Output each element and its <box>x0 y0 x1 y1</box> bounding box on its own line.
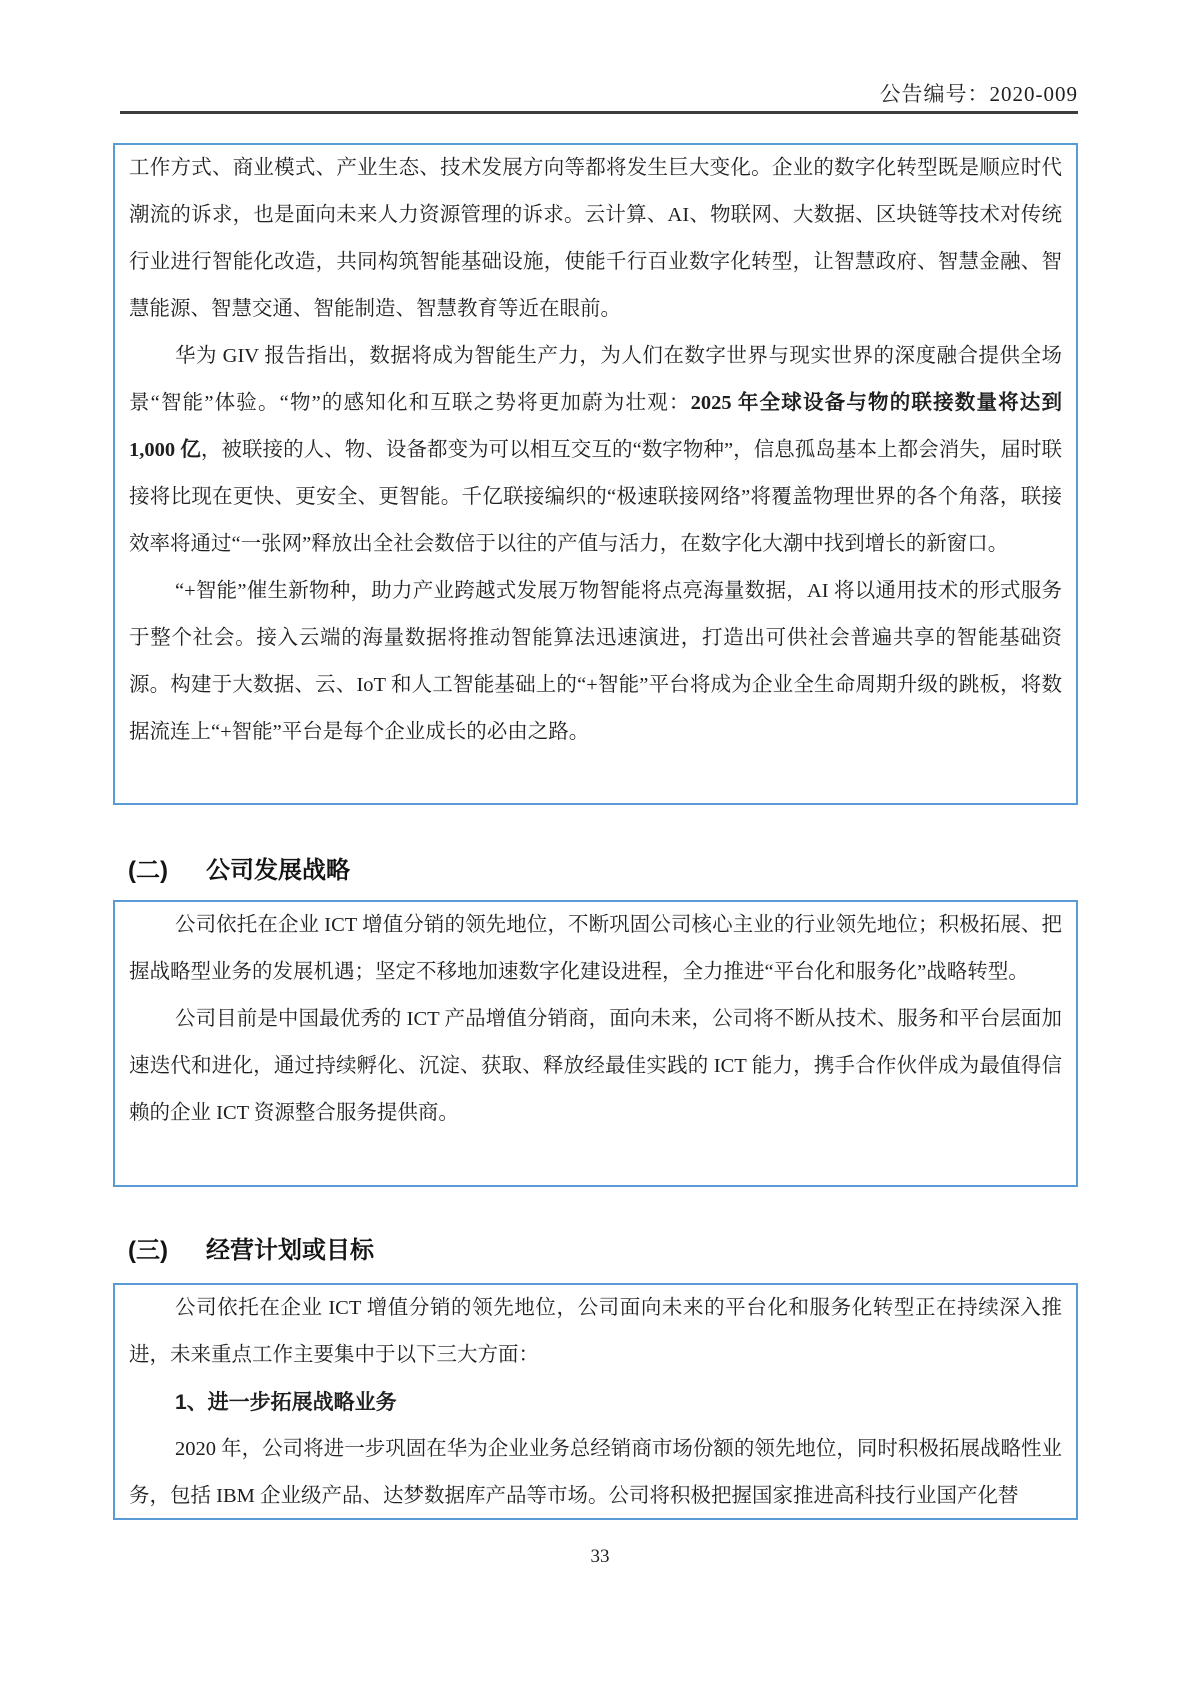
announcement-number: 公告编号：2020-009 <box>880 78 1079 108</box>
page-number: 33 <box>0 1546 1200 1568</box>
section-title: 公司发展战略 <box>206 857 350 884</box>
paragraph-2020-plan: 2020 年，公司将进一步巩固在华为企业业务总经销商市场份额的领先地位，同时积极… <box>129 1426 1062 1520</box>
subheading-expand-strategic-business: 1、进一步拓展战略业务 <box>129 1379 1062 1426</box>
paragraph-giv-report: 华为 GIV 报告指出，数据将成为智能生产力，为人们在数字世界与现实世界的深度融… <box>129 333 1062 568</box>
header-divider <box>120 111 1078 114</box>
paragraph-strategy-position: 公司依托在企业 ICT 增值分销的领先地位，不断巩固公司核心主业的行业领先地位；… <box>129 902 1062 996</box>
paragraph-plus-intelligence: “+智能”催生新物种，助力产业跨越式发展万物智能将点亮海量数据，AI 将以通用技… <box>129 568 1062 756</box>
content-box-business-plan: 公司依托在企业 ICT 增值分销的领先地位，公司面向未来的平台化和服务化转型正在… <box>113 1283 1078 1520</box>
paragraph-text: ，被联接的人、物、设备都变为可以相互交互的“数字物种”，信息孤岛基本上都会消失，… <box>129 439 1062 555</box>
section-heading-company-strategy: (二)公司发展战略 <box>128 850 350 885</box>
section-heading-business-plan: (三)经营计划或目标 <box>128 1230 374 1265</box>
content-box-company-strategy: 公司依托在企业 ICT 增值分销的领先地位，不断巩固公司核心主业的行业领先地位；… <box>113 900 1078 1187</box>
paragraph-continuation: 工作方式、商业模式、产业生态、技术发展方向等都将发生巨大变化。企业的数字化转型既… <box>129 145 1062 333</box>
section-number: (二) <box>128 857 168 884</box>
paragraph-strategy-future: 公司目前是中国最优秀的 ICT 产品增值分销商，面向未来，公司将不断从技术、服务… <box>129 996 1062 1137</box>
section-title: 经营计划或目标 <box>206 1237 374 1264</box>
content-box-digital-transformation: 工作方式、商业模式、产业生态、技术发展方向等都将发生巨大变化。企业的数字化转型既… <box>113 143 1078 805</box>
section-number: (三) <box>128 1237 168 1264</box>
paragraph-plan-intro: 公司依托在企业 ICT 增值分销的领先地位，公司面向未来的平台化和服务化转型正在… <box>129 1285 1062 1379</box>
